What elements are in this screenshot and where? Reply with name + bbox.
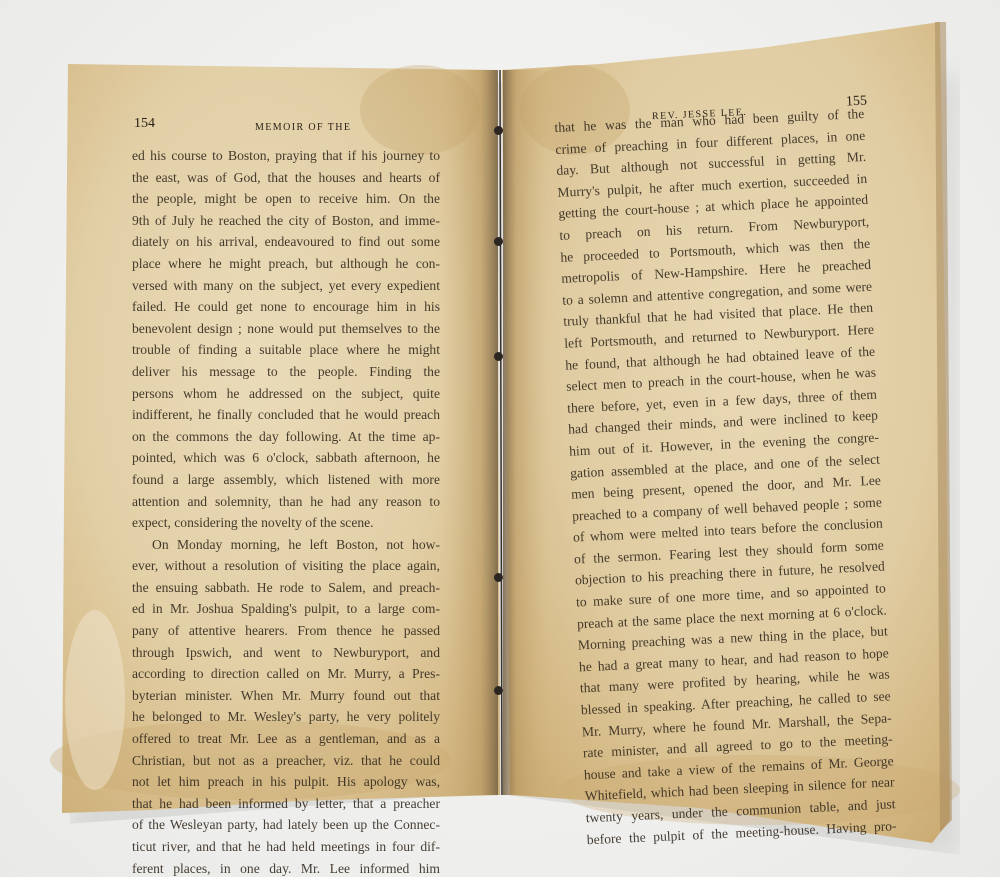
text-line: according to direction called on Mr. Mur… (132, 663, 440, 685)
text-line: on the commons the day following. At the… (132, 426, 440, 448)
text-line: indifferent, he finally concluded that h… (132, 404, 440, 426)
text-line: through Ipswich, and went to Newburyport… (132, 642, 440, 664)
text-line: that he had been informed by letter, tha… (132, 793, 440, 815)
text-line: benevolent design ; none would put thems… (132, 318, 440, 340)
binding-stitch-icon (494, 352, 503, 361)
text-line: pointed, which was 6 o'clock, sabbath af… (132, 447, 440, 469)
text-line: trouble of finding a suitable place wher… (132, 339, 440, 361)
binding-stitch-icon (494, 573, 503, 582)
text-line: offered to treat Mr. Lee as a gentleman,… (132, 728, 440, 750)
text-line: byterian minister. When Mr. Murry found … (132, 685, 440, 707)
text-line: diately on his arrival, endeavoured to f… (132, 231, 440, 253)
text-line: attention and solemnity, than he had any… (132, 491, 440, 513)
text-line: ticut river, and that he had held meetin… (132, 836, 440, 858)
text-line: ever, without a resolution of visiting t… (132, 555, 440, 577)
text-line: not let him preach in his pulpit. His ap… (132, 771, 440, 793)
text-line: deliver his message to the people. Findi… (132, 361, 440, 383)
text-line: found a large assembly, which listened w… (132, 469, 440, 491)
text-line: the people, might be open to receive him… (132, 188, 440, 210)
text-line: versed with many on the subject, yet eve… (132, 275, 440, 297)
text-line: place where he might preach, but althoug… (132, 253, 440, 275)
left-page-number: 154 (134, 116, 155, 132)
text-line: pany of attentive hearers. From thence h… (132, 620, 440, 642)
text-line: Christian, but not as a preacher, viz. t… (132, 750, 440, 772)
text-line: ed his course to Boston, praying that if… (132, 145, 440, 167)
text-line: the ensuing sabbath. He rode to Salem, a… (132, 577, 440, 599)
text-line: the east, was of God, that the houses an… (132, 167, 440, 189)
text-line: persons whom he addressed on the subject… (132, 383, 440, 405)
text-line: 9th of July he reached the city of Bosto… (132, 210, 440, 232)
text-line: expect, considering the novelty of the s… (132, 512, 440, 534)
binding-stitch-icon (494, 237, 503, 246)
text-line: On Monday morning, he left Boston, not h… (132, 534, 440, 556)
binding-stitch-icon (494, 126, 503, 135)
left-running-head: MEMOIR OF THE (255, 122, 351, 133)
right-page-text: that he was the man who had been guilty … (554, 103, 897, 850)
text-line: of the Wesleyan party, had lately been u… (132, 814, 440, 836)
text-line: ed in Mr. Joshua Spalding's pulpit, to a… (132, 598, 440, 620)
text-line: he belonged to Mr. Wesley's party, he ve… (132, 706, 440, 728)
text-line: ferent places, in one day. Mr. Lee infor… (132, 858, 440, 877)
left-page-text: ed his course to Boston, praying that if… (132, 145, 440, 877)
binding-stitch-icon (494, 686, 503, 695)
text-line: failed. He could get none to encourage h… (132, 296, 440, 318)
